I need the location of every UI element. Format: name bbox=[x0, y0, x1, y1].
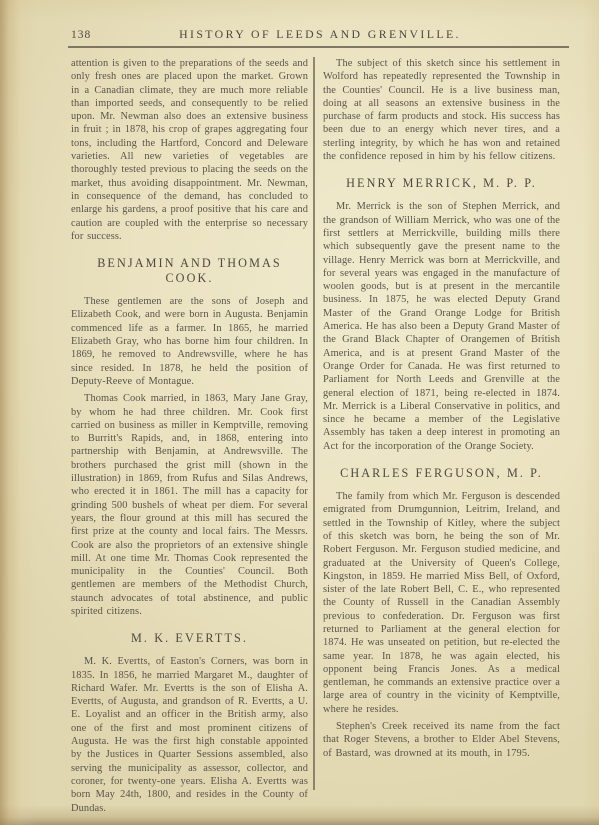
paragraph: M. K. Evertts, of Easton's Corners, was … bbox=[71, 655, 308, 815]
paragraph: attention is given to the preparations o… bbox=[71, 57, 308, 243]
section-heading: CHARLES FERGUSON, M. P. bbox=[323, 466, 560, 481]
text-columns: attention is given to the preparations o… bbox=[71, 57, 560, 819]
left-column: attention is given to the preparations o… bbox=[71, 57, 308, 819]
section-heading: M. K. EVERTTS. bbox=[71, 631, 308, 646]
paragraph: The family from which Mr. Ferguson is de… bbox=[323, 490, 560, 716]
header-rule bbox=[68, 46, 569, 48]
page-number: 138 bbox=[71, 29, 115, 41]
right-column: The subject of this sketch since his set… bbox=[323, 57, 560, 764]
page-title: HISTORY OF LEEDS AND GRENVILLE. bbox=[115, 27, 525, 42]
book-page: 138 HISTORY OF LEEDS AND GRENVILLE. atte… bbox=[0, 0, 599, 825]
paragraph: These gentlemen are the sons of Joseph a… bbox=[71, 295, 308, 388]
paragraph: Stephen's Creek received its name from t… bbox=[323, 720, 560, 760]
paragraph: Mr. Merrick is the son of Stephen Merric… bbox=[323, 200, 560, 453]
paragraph: The subject of this sketch since his set… bbox=[323, 57, 560, 163]
column-divider bbox=[313, 57, 315, 790]
section-heading: BENJAMIN AND THOMAS COOK. bbox=[71, 256, 308, 286]
page-header: 138 HISTORY OF LEEDS AND GRENVILLE. bbox=[71, 27, 569, 42]
section-heading: HENRY MERRICK, M. P. P. bbox=[323, 176, 560, 191]
paragraph: Thomas Cook married, in 1863, Mary Jane … bbox=[71, 392, 308, 618]
